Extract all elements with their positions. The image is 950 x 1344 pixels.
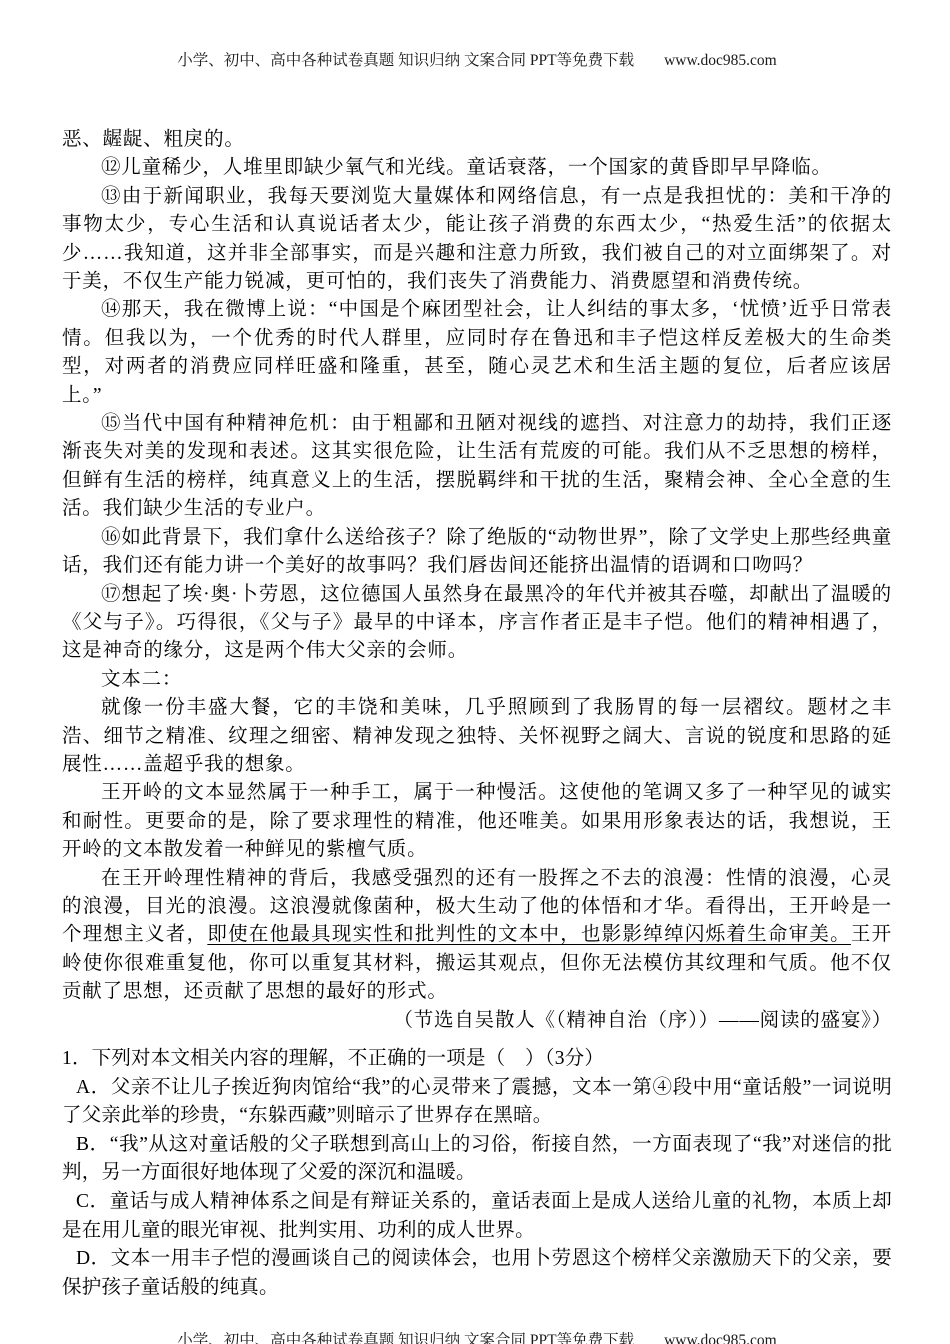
paragraph-15: ⑮当代中国有种精神危机：由于粗鄙和丑陋对视线的遮挡、对注意力的劫持，我们正逐渐丧… [62, 410, 892, 524]
paragraph-12: ⑫儿童稀少，人堆里即缺少氧气和光线。童话衰落，一个国家的黄昏即早早降临。 [62, 154, 892, 182]
passage-body: 恶、龌龊、粗戾的。 ⑫儿童稀少，人堆里即缺少氧气和光线。童话衰落，一个国家的黄昏… [62, 126, 892, 1035]
page-footer: 小学、初中、高中各种试卷真题 知识归纳 文案合同 PPT等免费下载www.doc… [62, 1328, 892, 1344]
document-page: 小学、初中、高中各种试卷真题 知识归纳 文案合同 PPT等免费下载www.doc… [0, 0, 950, 1344]
header-title: 小学、初中、高中各种试卷真题 知识归纳 文案合同 PPT等免费下载 [177, 52, 634, 69]
text2-paragraph-2: 王开岭的文本显然属于一种手工，属于一种慢活。这使他的笔调又多了一种罕见的诚实和耐… [62, 779, 892, 864]
question-1-option-a: A．父亲不让儿子挨近狗肉馆给“我”的心灵带来了震撼，文本一第④段中用“童话般”一… [62, 1074, 892, 1131]
paragraph-13: ⑬由于新闻职业，我每天要浏览大量媒体和网络信息，有一点是我担忧的：美和干净的事物… [62, 183, 892, 297]
paragraph-16: ⑯如此背景下，我们拿什么送给孩子？除了绝版的“动物世界”，除了文学史上那些经典童… [62, 524, 892, 581]
text2-label: 文本二： [62, 666, 892, 694]
header-url: www.doc985.com [664, 52, 777, 69]
page-header: 小学、初中、高中各种试卷真题 知识归纳 文案合同 PPT等免费下载www.doc… [62, 48, 892, 70]
footer-title: 小学、初中、高中各种试卷真题 知识归纳 文案合同 PPT等免费下载 [177, 1332, 634, 1344]
question-section: 1．下列对本文相关内容的理解，不正确的一项是（ ）（3分） A．父亲不让儿子挨近… [62, 1045, 892, 1302]
source-citation: （节选自吴散人《（精神自治（序））——阅读的盛宴》） [62, 1007, 892, 1035]
paragraph-14: ⑭那天，我在微博上说：“中国是个麻团型社会，让人纠结的事太多，‘忧愤’近乎日常表… [62, 296, 892, 410]
question-1-option-d: D．文本一用丰子恺的漫画谈自己的阅读体会，也用卜劳恩这个榜样父亲激励天下的父亲，… [62, 1245, 892, 1302]
question-1-stem: 1．下列对本文相关内容的理解，不正确的一项是（ ）（3分） [62, 1045, 892, 1074]
text2-paragraph-3-underlined: 即使在他最具现实性和批判性的文本中，也影影绰绰闪烁着生命审美。 [207, 924, 851, 945]
text2-paragraph-1: 就像一份丰盛大餐，它的丰饶和美味，几乎照顾到了我肠胃的每一层褶纹。题材之丰浩、细… [62, 694, 892, 779]
paragraph-17: ⑰想起了埃·奥·卜劳恩，这位德国人虽然身在最黑冷的年代并被其吞噬，却献出了温暖的… [62, 581, 892, 666]
paragraph-continuation: 恶、龌龊、粗戾的。 [62, 126, 892, 154]
question-1-option-b: B．“我”从这对童话般的父子联想到高山上的习俗，衔接自然，一方面表现了“我”对迷… [62, 1131, 892, 1188]
text2-paragraph-3: 在王开岭理性精神的背后，我感受强烈的还有一股挥之不去的浪漫：性情的浪漫，心灵的浪… [62, 865, 892, 1007]
footer-url: www.doc985.com [664, 1332, 777, 1344]
question-1-option-c: C．童话与成人精神体系之间是有辩证关系的，童话表面上是成人送给儿童的礼物，本质上… [62, 1188, 892, 1245]
